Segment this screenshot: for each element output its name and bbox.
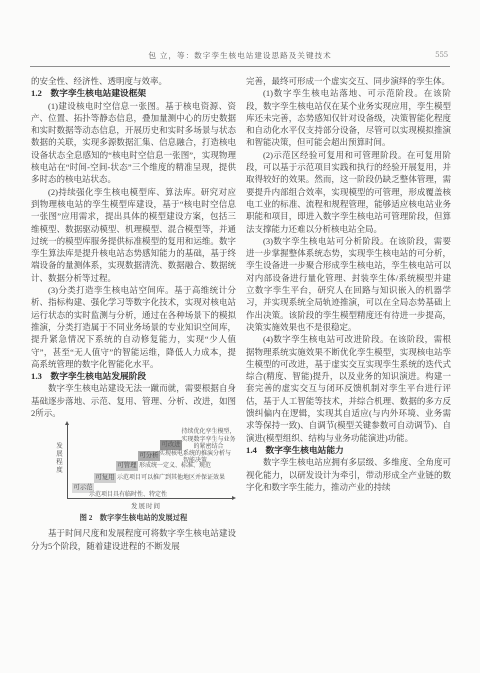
paragraph: (3)数字孪生核电站可分析阶段。在该阶段，需要进一步掌握整体系统态势，实现孪生核… xyxy=(246,235,451,333)
stage-note: 示范项目具有临时性、特定性 xyxy=(89,492,209,500)
figure-2-development-stages: 发展程度 发展时间 可示范 可复用 可管理 可分析 可改进 示范项目具有临时性、… xyxy=(31,422,236,510)
right-column: 完善，最终可形成一个虚实交互、同步演绎的孪生体。 (1)数字孪生核电站落地、可示… xyxy=(246,75,451,552)
stage-box-improvable: 可改进 xyxy=(160,440,182,450)
paragraph: (1)数字孪生核电站落地、可示范阶段。在该阶段，数字孪生核电站仅在某个业务实现应… xyxy=(246,87,451,148)
x-axis-arrow-icon xyxy=(232,496,236,500)
two-column-body: 的安全性、经济性、透明度与效率。 1.2 数字孪生核电站建设框架 (1)建设核电… xyxy=(31,75,451,552)
section-heading-1-2: 1.2 数字孪生核电站建设框架 xyxy=(31,87,236,99)
paragraph: (3)分类打造孪生核电站空间库。基于高维统计分析、指标构建、强化学习等数字化技术… xyxy=(31,284,236,370)
stage-note: 实现核电系统的推演分析与智能决策 xyxy=(159,451,231,466)
paragraph: 基于时间尺度和发展程度可将数字孪生核电站建设分为5个阶段，随着建设进程的不断发展 xyxy=(31,527,236,552)
stage-note: 持续优化孪生模型，实现数字孪生与业务的紧密结合 xyxy=(181,429,236,452)
running-title: 包 立，等：数字孪生核电站建设思路及关键技术 xyxy=(30,50,450,61)
section-heading-1-3: 1.3 数字孪生核电站发展阶段 xyxy=(31,370,236,382)
paragraph: 数字孪生核电站应拥有多层级、多维度、全角度可视化能力，以研发设计为牵引，带动形成… xyxy=(246,456,451,493)
paragraph: (2)持续强化孪生核电模型库、算法库。研究对应到物理核电站的孪生模型库建设，基于… xyxy=(31,186,236,284)
running-header: 包 立，等：数字孪生核电站建设思路及关键技术 555 xyxy=(30,50,450,63)
page-number: 555 xyxy=(435,49,448,59)
figure-caption: 图 2 数字孪生核电站的发展过程 xyxy=(31,513,236,523)
paragraph: (1)建设核电时空信息一张图。基于核电资源、资产、位置、拓扑等静态信息，叠加量测… xyxy=(31,100,236,186)
paragraph: 完善，最终可形成一个虚实交互、同步演绎的孪生体。 xyxy=(246,75,451,87)
paper-page: 包 立，等：数字孪生核电站建设思路及关键技术 555 的安全性、经济性、透明度与… xyxy=(0,0,480,673)
paragraph: (4)数字孪生核电站可改进阶段。在该阶段，需根据物理系统实施效果不断优化孪生模型… xyxy=(246,333,451,444)
paragraph: 的安全性、经济性、透明度与效率。 xyxy=(31,75,236,87)
stage-box-reusable: 可复用 xyxy=(94,473,116,483)
paragraph: 数字孪生核电站建设无法一蹴而就，需要根据自身基础逐步落地、示范、复用、管理、分析… xyxy=(31,382,236,419)
stage-box-analyzable: 可分析 xyxy=(138,451,160,461)
left-column: 的安全性、经济性、透明度与效率。 1.2 数字孪生核电站建设框架 (1)建设核电… xyxy=(31,75,236,552)
x-axis-label: 发展时间 xyxy=(131,501,161,510)
y-axis xyxy=(67,424,68,498)
stage-box-manageable: 可管理 xyxy=(116,461,138,471)
header-rule xyxy=(30,66,450,67)
y-axis-label: 发展程度 xyxy=(54,442,63,474)
stage-note: 示范项目可以推广到其他地区并保证效果 xyxy=(117,475,235,483)
paragraph: (2)示范区经验可复用和可管理阶段。在可复用阶段，可以基于示范项目实践和执行的经… xyxy=(246,149,451,235)
section-heading-1-4: 1.4 数字孪生核电站能力 xyxy=(246,444,451,456)
